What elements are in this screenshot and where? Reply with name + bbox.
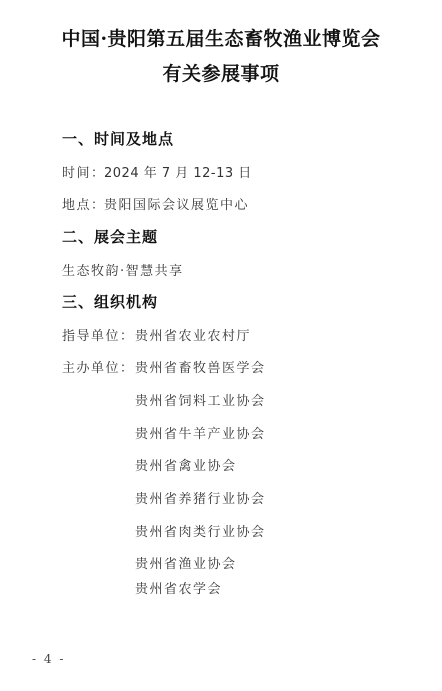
document-title-line2: 有关参展事项 — [0, 59, 442, 86]
organizer-item: 贵州省畜牧兽医学会 — [135, 357, 266, 376]
location-label: 地点： — [62, 194, 106, 213]
guiding-unit-label: 指导单位： — [62, 325, 135, 344]
document-page: 中国·贵阳第五届生态畜牧渔业博览会 有关参展事项 一、时间及地点 时间： 202… — [0, 0, 442, 691]
organizer-label: 主办单位： — [62, 357, 135, 376]
section-heading-theme: 二、展会主题 — [62, 226, 158, 247]
page-number: - 4 - — [32, 652, 65, 666]
organizer-item: 贵州省饲料工业协会 — [135, 390, 266, 409]
organizer-item: 贵州省牛羊产业协会 — [135, 423, 266, 442]
organizer-item: 贵州省养猪行业协会 — [135, 488, 266, 507]
organizer-item: 贵州省农学会 — [135, 578, 222, 597]
location-value: 贵阳国际会议展览中心 — [104, 194, 249, 213]
document-title-line1: 中国·贵阳第五届生态畜牧渔业博览会 — [0, 24, 442, 51]
organizer-item: 贵州省渔业协会 — [135, 553, 237, 572]
organizer-item: 贵州省肉类行业协会 — [135, 521, 266, 540]
theme-text: 生态牧韵·智慧共享 — [62, 260, 184, 279]
time-value: 2024 年 7 月 12-13 日 — [104, 162, 252, 181]
section-heading-organization: 三、组织机构 — [62, 291, 158, 312]
organizer-item: 贵州省禽业协会 — [135, 455, 237, 474]
section-heading-time-location: 一、时间及地点 — [62, 128, 174, 149]
time-label: 时间： — [62, 162, 106, 181]
guiding-unit-value: 贵州省农业农村厅 — [135, 325, 251, 344]
